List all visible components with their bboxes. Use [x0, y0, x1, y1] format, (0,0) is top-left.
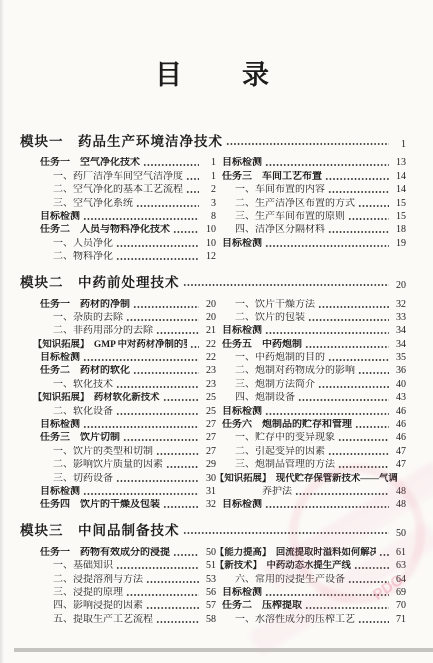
dot-leader	[358, 620, 389, 624]
dot-leader	[83, 217, 199, 221]
dot-leader	[166, 465, 199, 469]
toc-entry-box: 【能力提高】 回流提取时溢料如何解决61	[215, 545, 406, 558]
toc-entry-task: 任务一 药材的净制20	[40, 297, 216, 310]
toc-entry-label: 目标检测	[222, 325, 262, 337]
toc-entry-task: 任务一 空气净化技术1	[40, 156, 216, 169]
toc-entry-label: 目标检测	[222, 406, 262, 418]
module-page: 50	[392, 528, 406, 539]
toc-entry-page: 23	[202, 365, 216, 377]
dot-leader	[379, 553, 389, 557]
toc-entry-page: 63	[392, 560, 406, 572]
toc-entry-sub: 一、中药炮制的目的35	[222, 351, 406, 364]
toc-entry-page: 8	[202, 211, 216, 223]
toc-entry-page: 43	[392, 392, 406, 404]
toc-entry-page: 48	[392, 499, 406, 511]
toc-entry-page: 23	[202, 379, 216, 391]
dot-leader	[265, 331, 389, 335]
toc-entry-page: 51	[202, 560, 216, 572]
toc-entry-page: 27	[202, 419, 216, 431]
toc-entry-page: 46	[392, 432, 406, 444]
toc-entry-page: 18	[392, 224, 406, 236]
toc-entry-page: 53	[202, 574, 216, 586]
toc-entry-label: 任务六 炮制品的贮存和管理	[222, 419, 352, 431]
dot-leader	[186, 190, 199, 194]
dot-leader	[133, 371, 199, 375]
page-title: 目 录	[20, 58, 406, 94]
toc-entry-label: 目标检测	[40, 211, 80, 223]
module-heading: 模块三 中间品制备技术50	[20, 519, 406, 539]
toc-entry-label: 四、洁净区分隔材料	[235, 224, 325, 236]
toc-entry-label: 五、提取生产工艺流程	[53, 614, 153, 626]
toc-entry-task: 任务六 炮制品的贮存和管理46	[222, 418, 406, 431]
toc-entry-page: 32	[202, 499, 216, 511]
toc-entry-task: 任务二 压榨提取70	[222, 599, 406, 612]
toc-entry-check: 目标检测31	[40, 485, 216, 498]
toc-entry-label: 六、常用的浸提生产设备	[235, 574, 345, 586]
dot-leader	[265, 244, 389, 248]
dot-leader	[265, 412, 389, 416]
toc-entry-label: 目标检测	[222, 238, 262, 250]
toc-column-left: 任务一 空气净化技术1一、药厂洁净车间空气洁净度1二、空气净化的基本工艺流程2三…	[40, 156, 216, 263]
toc-entry-label: 二、影响饮片质量的因素	[53, 459, 163, 471]
module-page: 20	[392, 280, 406, 291]
toc-entry-label: 任务二 药材的软化	[40, 365, 130, 377]
toc-entry-page: 1	[202, 171, 216, 183]
toc-entry-label: 一、软化技术	[53, 379, 113, 391]
toc-entry-sub: 一、饮片的类型和切制27	[40, 444, 216, 457]
dot-leader	[318, 385, 389, 389]
toc-entry-label: 三、炮制品管理的方法	[235, 459, 335, 471]
toc-entry-cont: 养护法48	[222, 485, 406, 498]
toc-entry-label: 三、炮制方法简介	[235, 379, 315, 391]
toc-entry-check: 目标检测19	[222, 236, 406, 249]
toc-entry-sub: 二、软化设备25	[40, 404, 216, 417]
toc-entry-page: 14	[392, 171, 406, 183]
dot-leader	[348, 217, 389, 221]
toc-entry-page: 71	[392, 614, 406, 626]
module-heading: 模块一 药品生产环境洁净技术1	[20, 130, 406, 150]
toc-entry-label: 三、浸提的原理	[53, 587, 123, 599]
dot-leader	[83, 492, 199, 496]
toc-entry-label: 【知识拓展】 现代贮存保管新技术——气调	[215, 473, 398, 485]
toc-entry-sub: 六、常用的浸提生产设备64	[222, 572, 406, 585]
toc-column-right: 一、饮片干燥方法32二、饮片的包装33目标检测34任务五 中药炮制34一、中药炮…	[222, 297, 406, 511]
toc-entry-page: 46	[392, 406, 406, 418]
toc-entry-sub: 一、药厂洁净车间空气洁净度1	[40, 169, 216, 182]
toc-entry-page: 20	[202, 312, 216, 324]
toc-entry-sub: 二、引起变异的因素47	[222, 444, 406, 457]
toc-modules: 模块一 药品生产环境洁净技术1任务一 空气净化技术1一、药厂洁净车间空气洁净度1…	[20, 130, 406, 626]
toc-entry-page: 34	[392, 325, 406, 337]
toc-entry-sub: 一、饮片干燥方法32	[222, 297, 406, 310]
module-columns: 任务一 药材的净制20一、杂质的去除20二、非药用部分的去除21【知识拓展】 G…	[40, 297, 406, 511]
toc-entry-sub: 三、切药设备30	[40, 471, 216, 484]
dot-leader	[298, 398, 389, 402]
toc-entry-sub: 四、洁净区分隔材料18	[222, 223, 406, 236]
module-title: 模块二 中药前处理技术	[20, 271, 180, 291]
scan-edge-shadow	[0, 0, 4, 663]
dot-leader	[328, 358, 389, 362]
toc-entry-sub: 一、基础知识51	[40, 559, 216, 572]
toc-entry-sub: 四、影响浸提的因素57	[40, 599, 216, 612]
dot-leader	[156, 331, 199, 335]
toc-entry-page: 30	[202, 473, 216, 485]
toc-entry-page: 2	[202, 184, 216, 196]
toc-entry-page: 10	[202, 238, 216, 250]
dot-leader	[305, 606, 389, 610]
toc-entry-page: 19	[392, 238, 406, 250]
toc-entry-label: 目标检测	[40, 486, 80, 498]
toc-entry-box: 【知识拓展】 GMP 中对药材净制的要求22	[33, 337, 216, 350]
toc-entry-label: 一、水溶性成分的压榨工艺	[235, 614, 355, 626]
toc-entry-label: 【新技术】 中药动态水提生产线	[215, 560, 351, 572]
toc-entry-label: 二、软化设备	[53, 406, 113, 418]
toc-entry-page: 57	[202, 600, 216, 612]
toc-entry-page: 25	[202, 406, 216, 418]
dot-leader	[318, 305, 389, 309]
toc-entry-label: 二、生产洁净区布置的方式	[235, 198, 355, 210]
toc-entry-page: 27	[202, 432, 216, 444]
toc-entry-page: 27	[202, 446, 216, 458]
toc-entry-page: 46	[392, 419, 406, 431]
toc-entry-label: 一、基础知识	[53, 560, 113, 572]
toc-entry-page: 29	[202, 459, 216, 471]
dot-leader	[136, 204, 199, 208]
module-columns: 任务一 空气净化技术1一、药厂洁净车间空气洁净度1二、空气净化的基本工艺流程2三…	[40, 156, 406, 263]
toc-entry-task: 任务三 饮片切制27	[40, 431, 216, 444]
dot-leader	[305, 345, 389, 349]
toc-entry-label: 一、车间布置的内容	[235, 184, 325, 196]
toc-entry-label: 任务三 车间工艺布置	[222, 171, 322, 183]
module-heading: 模块二 中药前处理技术20	[20, 271, 406, 291]
toc-entry-page: 69	[392, 587, 406, 599]
dot-leader	[163, 398, 199, 402]
toc-entry-label: 二、饮片的包装	[235, 312, 305, 324]
dot-leader	[338, 465, 389, 469]
toc-entry-page: 32	[392, 299, 406, 311]
toc-entry-label: 二、空气净化的基本工艺流程	[53, 184, 183, 196]
toc-entry-sub: 一、软化技术23	[40, 377, 216, 390]
toc-entry-sub: 二、非药用部分的去除21	[40, 324, 216, 337]
toc-entry-label: 一、人员净化	[53, 238, 113, 250]
toc-entry-label: 【知识拓展】 GMP 中对药材净制的要求	[33, 339, 187, 351]
dot-leader	[116, 479, 199, 483]
toc-entry-sub: 一、车间布置的内容14	[222, 183, 406, 196]
toc-entry-label: 三、生产车间布置的原则	[235, 211, 345, 223]
toc-entry-sub: 二、浸提溶剂与方法53	[40, 572, 216, 585]
toc-entry-page: 58	[202, 614, 216, 626]
toc-entry-task: 任务五 中药炮制34	[222, 337, 406, 350]
toc-entry-sub: 三、炮制方法简介40	[222, 377, 406, 390]
toc-entry-sub: 五、提取生产工艺流程58	[40, 612, 216, 625]
toc-entry-label: 二、炮制对药物成分的影响	[235, 365, 355, 377]
toc-entry-sub: 二、物料净化12	[40, 250, 216, 263]
toc-entry-page: 22	[202, 352, 216, 364]
toc-entry-page: 50	[202, 547, 216, 559]
toc-entry-page: 48	[392, 486, 406, 498]
dot-leader	[325, 177, 389, 181]
dot-leader	[265, 593, 389, 597]
dot-leader	[354, 566, 389, 570]
dot-leader	[143, 163, 199, 167]
toc-entry-page: 13	[392, 157, 406, 169]
toc-entry-label: 养护法	[262, 486, 292, 498]
dot-leader	[295, 492, 389, 496]
dot-leader	[226, 142, 389, 146]
dot-leader	[163, 505, 199, 509]
dot-leader	[133, 305, 199, 309]
toc-entry-label: 任务一 药材的净制	[40, 299, 130, 311]
toc-entry-label: 二、浸提溶剂与方法	[53, 574, 143, 586]
dot-leader	[265, 505, 389, 509]
toc-entry-label: 二、物料净化	[53, 251, 113, 263]
toc-entry-page: 21	[202, 325, 216, 337]
toc-entry-label: 任务三 饮片切制	[40, 432, 120, 444]
dot-leader	[116, 257, 199, 261]
toc-entry-sub: 四、炮制设备43	[222, 391, 406, 404]
toc-entry-task: 任务二 药材的软化23	[40, 364, 216, 377]
module-section: 模块三 中间品制备技术50任务一 药物有效成分的浸提50一、基础知识51二、浸提…	[20, 519, 406, 625]
toc-entry-check: 目标检测69	[222, 586, 406, 599]
module-section: 模块一 药品生产环境洁净技术1任务一 空气净化技术1一、药厂洁净车间空气洁净度1…	[20, 130, 406, 263]
toc-entry-sub: 三、生产车间布置的原则15	[222, 210, 406, 223]
toc-entry-label: 任务二 人员与物料净化技术	[40, 224, 170, 236]
toc-entry-page: 36	[392, 365, 406, 377]
toc-entry-page: 70	[392, 600, 406, 612]
dot-leader	[328, 190, 389, 194]
toc-entry-label: 四、炮制设备	[235, 392, 295, 404]
toc-entry-label: 一、饮片干燥方法	[235, 299, 315, 311]
toc-entry-page: 61	[392, 547, 406, 559]
toc-entry-page: 40	[392, 379, 406, 391]
module-columns: 任务一 药物有效成分的浸提50一、基础知识51二、浸提溶剂与方法53三、浸提的原…	[40, 545, 406, 625]
module-title: 模块一 药品生产环境洁净技术	[20, 130, 223, 150]
dot-leader	[156, 452, 199, 456]
toc-entry-page: 56	[202, 587, 216, 599]
toc-entry-label: 【知识拓展】 药材软化新技术	[33, 392, 160, 404]
dot-leader	[116, 566, 199, 570]
dot-leader	[83, 358, 199, 362]
toc-entry-check: 目标检测46	[222, 404, 406, 417]
dot-leader	[355, 425, 389, 429]
toc-entry-label: 任务五 中药炮制	[222, 339, 302, 351]
toc-entry-page: 3	[202, 198, 216, 210]
toc-entry-page: 14	[392, 184, 406, 196]
toc-entry-label: 一、饮片的类型和切制	[53, 446, 153, 458]
toc-entry-page: 64	[392, 574, 406, 586]
toc-column-right: 【能力提高】 回流提取时溢料如何解决61【新技术】 中药动态水提生产线63六、常…	[222, 545, 406, 625]
toc-entry-sub: 二、空气净化的基本工艺流程2	[40, 183, 216, 196]
toc-entry-sub: 一、水溶性成分的压榨工艺71	[222, 612, 406, 625]
toc-entry-label: 三、空气净化系统	[53, 198, 133, 210]
dot-leader	[173, 230, 199, 234]
toc-entry-label: 目标检测	[222, 157, 262, 169]
toc-entry-sub: 二、影响饮片质量的因素29	[40, 458, 216, 471]
dot-leader	[328, 230, 389, 234]
toc-entry-label: 一、杂质的去除	[53, 312, 123, 324]
toc-entry-check: 目标检测34	[222, 324, 406, 337]
toc-entry-sub: 三、浸提的原理56	[40, 586, 216, 599]
module-page: 1	[392, 139, 406, 150]
toc-entry-label: 一、中药炮制的目的	[235, 352, 325, 364]
module-section: 模块二 中药前处理技术20任务一 药材的净制20一、杂质的去除20二、非药用部分…	[20, 271, 406, 511]
toc-entry-sub: 一、贮存中的变异现象46	[222, 431, 406, 444]
toc-entry-page: 33	[392, 312, 406, 324]
toc-entry-label: 一、贮存中的变异现象	[235, 432, 335, 444]
toc-entry-sub: 三、空气净化系统3	[40, 196, 216, 209]
toc-entry-page: 47	[392, 446, 406, 458]
toc-column-left: 任务一 药物有效成分的浸提50一、基础知识51二、浸提溶剂与方法53三、浸提的原…	[40, 545, 216, 625]
toc-entry-page: 35	[392, 352, 406, 364]
toc-entry-label: 任务一 药物有效成分的浸提	[40, 547, 170, 559]
toc-entry-check: 目标检测13	[222, 156, 406, 169]
toc-entry-task: 任务四 饮片的干燥及包装32	[40, 498, 216, 511]
toc-entry-label: 目标检测	[222, 587, 262, 599]
toc-column-right: 目标检测13任务三 车间工艺布置14一、车间布置的内容14二、生产洁净区布置的方…	[222, 156, 406, 263]
dot-leader	[328, 452, 389, 456]
toc-entry-check: 目标检测8	[40, 210, 216, 223]
toc-entry-page: 31	[202, 486, 216, 498]
toc-entry-task: 任务二 人员与物料净化技术10	[40, 223, 216, 236]
toc-entry-sub: 一、人员净化10	[40, 236, 216, 249]
dot-leader	[183, 531, 390, 535]
dot-leader	[265, 163, 389, 167]
toc-entry-label: 【能力提高】 回流提取时溢料如何解决	[215, 547, 376, 559]
toc-entry-page: 20	[202, 299, 216, 311]
dot-leader	[146, 580, 199, 584]
toc-entry-check: 目标检测22	[40, 351, 216, 364]
dot-leader	[183, 283, 390, 287]
dot-leader	[308, 318, 389, 322]
dot-leader	[338, 438, 389, 442]
scanned-toc-page: 目 录 模块一 药品生产环境洁净技术1任务一 空气净化技术1一、药厂洁净车间空气…	[0, 0, 433, 663]
toc-entry-label: 任务二 压榨提取	[222, 600, 302, 612]
toc-entry-label: 一、药厂洁净车间空气洁净度	[53, 171, 183, 183]
toc-entry-sub: 二、饮片的包装33	[222, 311, 406, 324]
toc-entry-page: 15	[392, 198, 406, 210]
toc-entry-sub: 三、炮制品管理的方法47	[222, 458, 406, 471]
toc-entry-check: 目标检测27	[40, 418, 216, 431]
toc-entry-box: 【新技术】 中药动态水提生产线63	[215, 559, 406, 572]
toc-entry-label: 目标检测	[40, 352, 80, 364]
toc-entry-label: 二、引起变异的因素	[235, 446, 325, 458]
dot-leader	[358, 371, 389, 375]
toc-entry-label: 任务一 空气净化技术	[40, 157, 140, 169]
toc-entry-page: 15	[392, 211, 406, 223]
toc-entry-sub: 二、炮制对药物成分的影响36	[222, 364, 406, 377]
dot-leader	[146, 606, 199, 610]
toc-entry-label: 目标检测	[222, 499, 262, 511]
toc-entry-label: 二、非药用部分的去除	[53, 325, 153, 337]
toc-entry-page: 47	[392, 459, 406, 471]
toc-entry-page: 1	[202, 157, 216, 169]
toc-entry-label: 四、影响浸提的因素	[53, 600, 143, 612]
toc-entry-label: 三、切药设备	[53, 473, 113, 485]
dot-leader	[116, 412, 199, 416]
toc-entry-sub: 二、生产洁净区布置的方式15	[222, 196, 406, 209]
toc-entry-box: 【知识拓展】 现代贮存保管新技术——气调	[215, 471, 406, 484]
dot-leader	[123, 438, 199, 442]
toc-entry-page: 22	[202, 339, 216, 351]
dot-leader	[156, 620, 199, 624]
dot-leader	[190, 345, 199, 349]
toc-column-left: 任务一 药材的净制20一、杂质的去除20二、非药用部分的去除21【知识拓展】 G…	[40, 297, 216, 511]
scan-artifact-bar	[14, 648, 433, 652]
dot-leader	[116, 244, 199, 248]
dot-leader	[173, 553, 199, 557]
toc-entry-sub: 一、杂质的去除20	[40, 311, 216, 324]
toc-entry-label: 任务四 饮片的干燥及包装	[40, 499, 160, 511]
toc-entry-label: 目标检测	[40, 419, 80, 431]
toc-entry-page: 34	[392, 339, 406, 351]
toc-entry-page: 12	[202, 251, 216, 263]
toc-entry-task: 任务一 药物有效成分的浸提50	[40, 545, 216, 558]
dot-leader	[358, 204, 389, 208]
toc-entry-page: 25	[202, 392, 216, 404]
toc-entry-page: 10	[202, 224, 216, 236]
toc-entry-box: 【知识拓展】 药材软化新技术25	[33, 391, 216, 404]
toc-entry-task: 任务三 车间工艺布置14	[222, 169, 406, 182]
dot-leader	[126, 318, 199, 322]
dot-leader	[186, 177, 199, 181]
dot-leader	[116, 385, 199, 389]
module-title: 模块三 中间品制备技术	[20, 519, 180, 539]
dot-leader	[348, 580, 389, 584]
toc-entry-check: 目标检测48	[222, 498, 406, 511]
dot-leader	[126, 593, 199, 597]
dot-leader	[83, 425, 199, 429]
